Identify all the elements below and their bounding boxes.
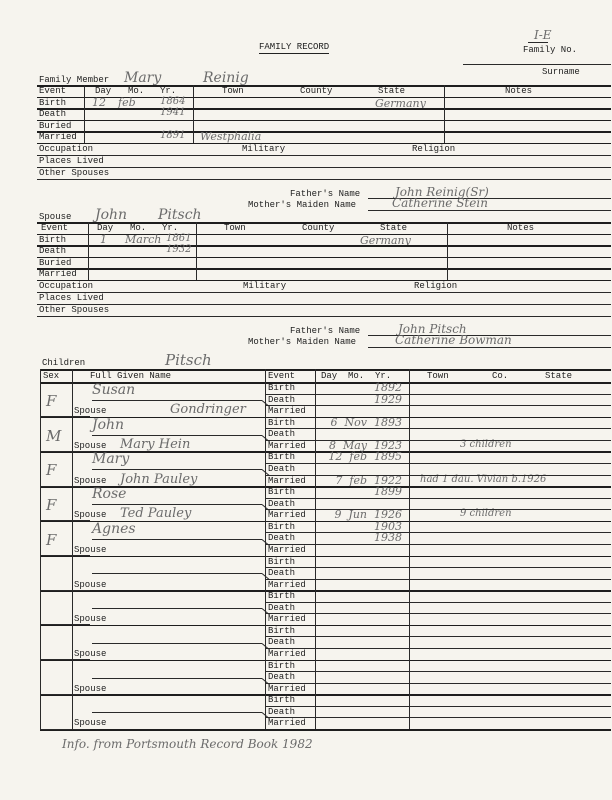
child-name: John (92, 417, 124, 433)
family-number-label: Family No. (523, 45, 577, 55)
child-event-married: Married (268, 545, 306, 555)
child-event-death: Death (268, 672, 295, 682)
child-event-birth: Birth (268, 661, 295, 671)
child-event-birth: Birth (268, 487, 295, 497)
child-sex: F (46, 392, 56, 410)
member-year-3: 1891 (160, 130, 185, 141)
child-name: Mary (92, 451, 129, 467)
child-spouse-label: Spouse (74, 649, 106, 659)
child-sex: F (46, 461, 56, 479)
col-county: Co. (492, 371, 508, 381)
child-event-married: Married (268, 476, 306, 486)
member-col-5: County (300, 86, 332, 96)
child-birth-date: 12 feb 1895 (320, 450, 402, 463)
child-event-death: Death (268, 499, 295, 509)
spouse-col-3: Yr. (162, 223, 178, 233)
child-event-birth: Birth (268, 557, 295, 567)
member-military-label: Military (242, 144, 285, 154)
footer-source-note: Info. from Portsmouth Record Book 1982 (62, 737, 313, 751)
children-surname: Pitsch (165, 351, 212, 369)
spouse-col-4: Town (224, 223, 246, 233)
child-birth-date: 1899 (320, 485, 402, 498)
child-spouse-label: Spouse (74, 580, 106, 590)
surname-label: Surname (542, 67, 580, 77)
child-event-death: Death (268, 395, 295, 405)
spouse-col-1: Day (97, 223, 113, 233)
child-name: Rose (92, 486, 126, 502)
spouse-month-0: March (125, 233, 161, 246)
col-sex: Sex (43, 371, 59, 381)
spouse-event-2: Buried (39, 258, 71, 268)
child-spouse-label: Spouse (74, 545, 106, 555)
child-spouse-label: Spouse (74, 476, 106, 486)
child-name: Agnes (92, 521, 136, 537)
member-col-7: Notes (505, 86, 532, 96)
spouse-col-0: Event (41, 223, 68, 233)
member-places-lived-label: Places Lived (39, 156, 104, 166)
spouse-col-2: Mo. (130, 223, 146, 233)
spouse-last-name: Pitsch (158, 207, 202, 223)
child-event-death: Death (268, 568, 295, 578)
child-spouse-label: Spouse (74, 441, 106, 451)
child-event-married: Married (268, 684, 306, 694)
spouse-year-1: 1932 (166, 244, 191, 255)
child-event-birth: Birth (268, 522, 295, 532)
child-event-married: Married (268, 614, 306, 624)
member-day-0: 12 (92, 96, 106, 109)
child-sex: F (46, 531, 56, 549)
spouse-places-lived-label: Places Lived (39, 293, 104, 303)
child-event-married: Married (268, 510, 306, 520)
spouse-occupation-label: Occupation (39, 281, 93, 291)
child-spouse-name: Gondringer (120, 402, 246, 417)
member-first-name: Mary (124, 70, 161, 86)
child-event-married: Married (268, 649, 306, 659)
child-event-married: Married (268, 718, 306, 728)
member-year-1: 1941 (160, 107, 185, 118)
spouse-label: Spouse (39, 212, 71, 222)
child-event-birth: Birth (268, 452, 295, 462)
child-event-birth: Birth (268, 383, 295, 393)
spouse-event-0: Birth (39, 235, 66, 245)
member-mother-label: Mother's Maiden Name (248, 200, 356, 210)
member-event-0: Birth (39, 98, 66, 108)
member-event-1: Death (39, 109, 66, 119)
member-religion-label: Religion (412, 144, 455, 154)
spouse-first-name: John (95, 207, 127, 223)
member-label: Family Member (39, 75, 109, 85)
child-event-death: Death (268, 637, 295, 647)
child-name: Susan (92, 382, 135, 398)
member-occupation-label: Occupation (39, 144, 93, 154)
child-spouse-label: Spouse (74, 684, 106, 694)
child-event-death: Death (268, 603, 295, 613)
member-col-3: Yr. (160, 86, 176, 96)
col-date: Day Mo. Yr. (321, 371, 391, 381)
spouse-year-0: 1861 (166, 233, 191, 244)
spouse-event-1: Death (39, 246, 66, 256)
child-event-birth: Birth (268, 626, 295, 636)
child-spouse-label: Spouse (74, 614, 106, 624)
member-col-0: Event (39, 86, 66, 96)
spouse-military-label: Military (243, 281, 286, 291)
member-town-3: Westphalia (200, 130, 261, 143)
child-event-death: Death (268, 707, 295, 717)
member-other-spouses-label: Other Spouses (39, 168, 109, 178)
child-event-death: Death (268, 464, 295, 474)
child-birth-date: 6 Nov 1893 (320, 416, 402, 429)
child-sex: F (46, 496, 56, 514)
spouse-day-0: 1 (100, 233, 107, 246)
child-event-death: Death (268, 429, 295, 439)
child-spouse-name: Ted Pauley (120, 506, 191, 521)
child-spouse-name: Mary Hein (120, 437, 190, 452)
child-event-birth: Birth (268, 591, 295, 601)
member-col-2: Mo. (128, 86, 144, 96)
member-col-1: Day (95, 86, 111, 96)
col-event: Event (268, 371, 295, 381)
col-name: Full Given Name (90, 371, 171, 381)
spouse-mother-value: Catherine Bowman (395, 333, 512, 347)
child-event-married: Married (268, 406, 306, 416)
spouse-mother-label: Mother's Maiden Name (248, 337, 356, 347)
spouse-col-5: County (302, 223, 334, 233)
member-month-0: feb (118, 96, 136, 109)
child-spouse-label: Spouse (74, 510, 106, 520)
child-spouse-label: Spouse (74, 718, 106, 728)
child-event-birth: Birth (268, 695, 295, 705)
family-number-value: I-E (534, 28, 552, 42)
children-label: Children (42, 358, 85, 368)
child-sex: M (46, 427, 61, 445)
spouse-father-label: Father's Name (290, 326, 360, 336)
child-event-married: Married (268, 441, 306, 451)
spouse-event-3: Married (39, 269, 77, 279)
member-last-name: Reinig (203, 70, 249, 86)
member-event-3: Married (39, 132, 77, 142)
col-town: Town (427, 371, 449, 381)
member-year-0: 1864 (160, 96, 185, 107)
col-state: State (545, 371, 572, 381)
member-col-6: State (378, 86, 405, 96)
child-event-death: Death (268, 533, 295, 543)
spouse-col-6: State (380, 223, 407, 233)
child-event-birth: Birth (268, 418, 295, 428)
member-col-4: Town (222, 86, 244, 96)
child-spouse-name: John Pauley (120, 472, 197, 487)
member-event-2: Buried (39, 121, 71, 131)
spouse-other-spouses-label: Other Spouses (39, 305, 109, 315)
page-title: FAMILY RECORD (259, 42, 329, 54)
member-father-label: Father's Name (290, 189, 360, 199)
child-event-married: Married (268, 580, 306, 590)
child-spouse-label: Spouse (74, 406, 106, 416)
member-mother-value: Catherine Stein (392, 196, 488, 210)
spouse-col-7: Notes (507, 223, 534, 233)
spouse-religion-label: Religion (414, 281, 457, 291)
